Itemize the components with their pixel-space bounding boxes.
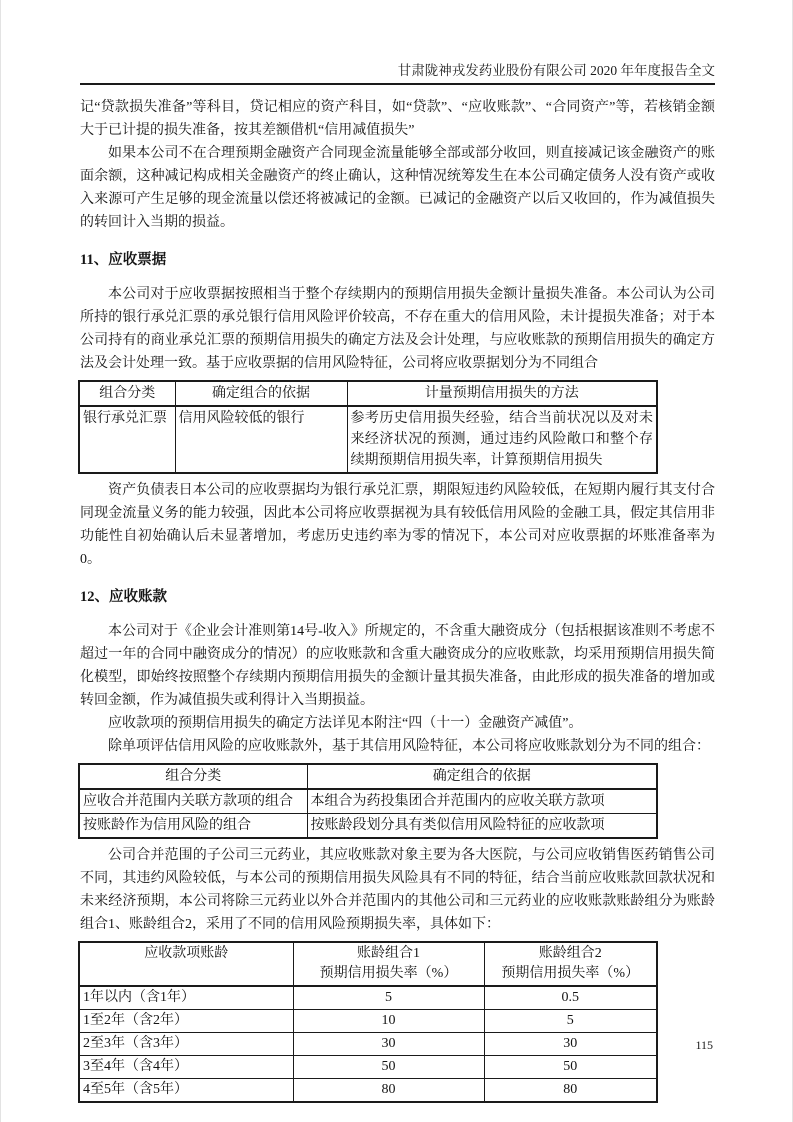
table-cell: 2至3年（含3年） bbox=[79, 1033, 293, 1056]
page-content: 甘肃陇神戎发药业股份有限公司 2020 年年度报告全文 记“贷款损失准备”等科目… bbox=[80, 0, 715, 1108]
table-cell: 3至4年（含4年） bbox=[79, 1056, 293, 1079]
table-header-row: 组合分类 确定组合的依据 bbox=[79, 764, 657, 789]
table-cell: 4至5年（含5年） bbox=[79, 1079, 293, 1103]
column-header-aging-group-1: 账龄组合1 预期信用损失率（%） bbox=[293, 942, 484, 986]
column-header-portfolio-class: 组合分类 bbox=[79, 764, 307, 789]
table-row: 2至3年（含3年） 30 30 bbox=[79, 1033, 657, 1056]
report-header-title: 甘肃陇神戎发药业股份有限公司 2020 年年度报告全文 bbox=[80, 62, 715, 79]
aging-group-1-rate-label: 预期信用损失率（%） bbox=[297, 964, 481, 984]
table-cell: 50 bbox=[293, 1056, 484, 1079]
section-11-paragraph-1: 本公司对于应收票据按照相当于整个存续期内的预期信用损失金额计量损失准备。本公司认… bbox=[80, 283, 715, 375]
table-cell: 按账龄段划分具有类似信用风险特征的应收款项 bbox=[307, 814, 657, 839]
section-12-paragraph-4: 公司合并范围的子公司三元药业，其应收账款对象主要为各大医院，与公司应收销售医药销… bbox=[80, 844, 715, 936]
table-cell: 30 bbox=[293, 1033, 484, 1056]
table-cell: 80 bbox=[293, 1079, 484, 1103]
table-cell: 0.5 bbox=[484, 986, 657, 1010]
table-row: 按账龄作为信用风险的组合 按账龄段划分具有类似信用风险特征的应收款项 bbox=[79, 814, 657, 839]
table-header-row: 组合分类 确定组合的依据 计量预期信用损失的方法 bbox=[79, 381, 657, 406]
table-cell: 5 bbox=[293, 986, 484, 1010]
aging-group-1-label: 账龄组合1 bbox=[297, 944, 481, 964]
paragraph-writeoff-continued: 记“贷款损失准备”等科目，贷记相应的资产科目，如“贷款”、“应收账款”、“合同资… bbox=[80, 96, 715, 142]
section-11-paragraph-2: 资产负债表日本公司的应收票据均为银行承兑汇票，期限短违约风险较低，在短期内履行其… bbox=[80, 479, 715, 571]
section-12-heading: 12、应收账款 bbox=[80, 588, 715, 607]
table-cell: 80 bbox=[484, 1079, 657, 1103]
table-row: 4至5年（含5年） 80 80 bbox=[79, 1079, 657, 1103]
table-cell: 按账龄作为信用风险的组合 bbox=[79, 814, 307, 839]
table-cell: 1年以内（含1年） bbox=[79, 986, 293, 1010]
section-11-heading: 11、应收票据 bbox=[80, 251, 715, 270]
column-header-aging: 应收款项账龄 bbox=[79, 942, 293, 986]
page-header: 甘肃陇神戎发药业股份有限公司 2020 年年度报告全文 bbox=[80, 0, 715, 85]
table-cell: 1至2年（含2年） bbox=[79, 1010, 293, 1033]
section-12-paragraph-3: 除单项评估信用风险的应收账款外，基于其信用风险特征，本公司将应收账款划分为不同的… bbox=[80, 735, 715, 758]
aging-group-2-label: 账龄组合2 bbox=[488, 944, 654, 964]
table-cell: 信用风险较低的银行 bbox=[175, 406, 347, 473]
aging-group-2-rate-label: 预期信用损失率（%） bbox=[488, 964, 654, 984]
table-row: 应收合并范围内关联方款项的组合 本组合为药投集团合并范围内的应收关联方款项 bbox=[79, 789, 657, 814]
table-row: 银行承兑汇票 信用风险较低的银行 参考历史信用损失经验，结合当前状况以及对未来经… bbox=[79, 406, 657, 473]
aging-expected-loss-rate-table: 应收款项账龄 账龄组合1 预期信用损失率（%） 账龄组合2 预期信用损失率（%）… bbox=[78, 941, 658, 1103]
paragraph-direct-writedown: 如果本公司不在合理预期金融资产合同现金流量能够全部或部分收回，则直接减记该金融资… bbox=[80, 142, 715, 234]
column-header-aging-group-2: 账龄组合2 预期信用损失率（%） bbox=[484, 942, 657, 986]
table-cell: 50 bbox=[484, 1056, 657, 1079]
table-row: 1至2年（含2年） 10 5 bbox=[79, 1010, 657, 1033]
column-header-portfolio-class: 组合分类 bbox=[79, 381, 175, 406]
notes-receivable-portfolio-table: 组合分类 确定组合的依据 计量预期信用损失的方法 银行承兑汇票 信用风险较低的银… bbox=[78, 380, 658, 474]
table-cell: 本组合为药投集团合并范围内的应收关联方款项 bbox=[307, 789, 657, 814]
accounts-receivable-group-table: 组合分类 确定组合的依据 应收合并范围内关联方款项的组合 本组合为药投集团合并范… bbox=[78, 763, 658, 839]
table-row: 1年以内（含1年） 5 0.5 bbox=[79, 986, 657, 1010]
table-header-row: 应收款项账龄 账龄组合1 预期信用损失率（%） 账龄组合2 预期信用损失率（%） bbox=[79, 942, 657, 986]
table-cell: 参考历史信用损失经验，结合当前状况以及对未来经济状况的预测，通过违约风险敞口和整… bbox=[347, 406, 657, 473]
table-cell: 10 bbox=[293, 1010, 484, 1033]
report-page: 甘肃陇神戎发药业股份有限公司 2020 年年度报告全文 记“贷款损失准备”等科目… bbox=[0, 0, 793, 1122]
column-header-ecl-method: 计量预期信用损失的方法 bbox=[347, 381, 657, 406]
table-cell: 5 bbox=[484, 1010, 657, 1033]
page-number: 115 bbox=[695, 1038, 713, 1053]
table-cell: 应收合并范围内关联方款项的组合 bbox=[79, 789, 307, 814]
table-cell: 银行承兑汇票 bbox=[79, 406, 175, 473]
column-header-portfolio-basis: 确定组合的依据 bbox=[307, 764, 657, 789]
table-cell: 30 bbox=[484, 1033, 657, 1056]
table-row: 3至4年（含4年） 50 50 bbox=[79, 1056, 657, 1079]
section-12-paragraph-2: 应收款项的预期信用损失的确定方法详见本附注“四（十一）金融资产减值”。 bbox=[80, 712, 715, 735]
section-12-paragraph-1: 本公司对于《企业会计准则第14号-收入》所规定的，不含重大融资成分（包括根据该准… bbox=[80, 620, 715, 712]
column-header-portfolio-basis: 确定组合的依据 bbox=[175, 381, 347, 406]
